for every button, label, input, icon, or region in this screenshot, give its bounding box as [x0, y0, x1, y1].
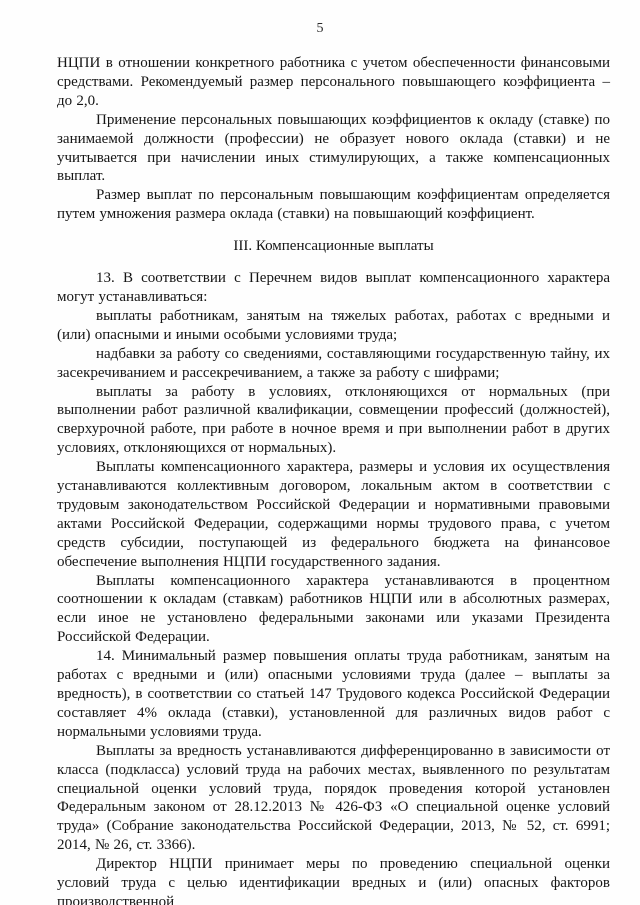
paragraph: 13. В соответствии с Перечнем видов выпл…	[57, 269, 610, 307]
paragraph: Директор НЦПИ принимает меры по проведен…	[57, 855, 610, 905]
paragraph: Выплаты за вредность устанавливаются диф…	[57, 742, 610, 855]
paragraph: Выплаты компенсационного характера, разм…	[57, 458, 610, 571]
document-page: 5 НЦПИ в отношении конкретного работника…	[0, 0, 640, 905]
paragraph: Размер выплат по персональным повышающим…	[57, 186, 610, 224]
section-heading: III. Компенсационные выплаты	[57, 237, 610, 256]
paragraph: надбавки за работу со сведениями, состав…	[57, 345, 610, 383]
paragraph: Выплаты компенсационного характера устан…	[57, 572, 610, 648]
document-content: НЦПИ в отношении конкретного работника с…	[57, 54, 610, 905]
page-number: 5	[0, 0, 640, 36]
paragraph: Применение персональных повышающих коэфф…	[57, 111, 610, 187]
paragraph: выплаты работникам, занятым на тяжелых р…	[57, 307, 610, 345]
paragraph: НЦПИ в отношении конкретного работника с…	[57, 54, 610, 111]
paragraph: 14. Минимальный размер повышения оплаты …	[57, 647, 610, 742]
paragraph: выплаты за работу в условиях, отклоняющи…	[57, 383, 610, 459]
